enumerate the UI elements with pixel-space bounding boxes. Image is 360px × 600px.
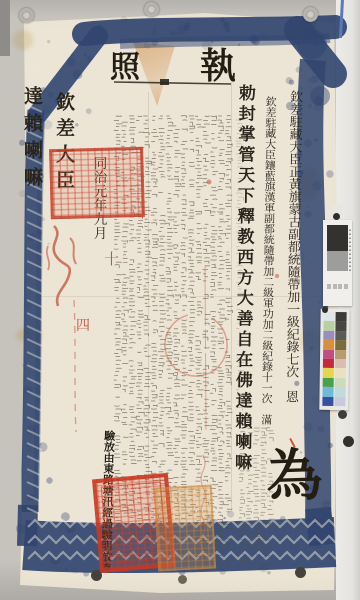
color-patch-left-0 — [324, 312, 335, 322]
metal-grommet — [144, 2, 159, 17]
color-patch-right-3 — [335, 340, 346, 350]
red-numeral-ten: 十 — [104, 248, 119, 269]
color-card-right-column — [334, 312, 346, 406]
card-magnet-dot — [333, 213, 340, 220]
color-patch-left-7 — [323, 378, 334, 388]
fastener-pin — [91, 570, 102, 581]
paper-stain — [298, 166, 320, 202]
color-patch-right-2 — [335, 331, 346, 341]
mount-corner-shadow — [0, 0, 10, 56]
paper-stain — [16, 328, 42, 342]
left-column-dalai-lama: 達賴喇嘛 — [22, 86, 41, 194]
paper-stain — [301, 328, 319, 354]
color-patch-right-4 — [335, 350, 346, 360]
color-patch-left-5 — [323, 359, 334, 369]
fastener-pin — [343, 436, 354, 447]
color-patch-right-8 — [334, 387, 345, 397]
color-patch-right-5 — [334, 359, 345, 369]
grayscale-patch-1 — [327, 251, 348, 271]
grayscale-calibration-card — [323, 220, 352, 306]
color-patch-right-7 — [334, 378, 345, 388]
color-calibration-card — [319, 309, 349, 410]
color-patch-right-6 — [334, 368, 345, 378]
grayscale-patch-2 — [327, 271, 348, 285]
color-patch-left-9 — [322, 396, 333, 406]
fastener-pin — [338, 410, 347, 419]
fastener-pin — [295, 567, 306, 578]
faint-margin-char: 定 — [26, 440, 36, 455]
color-patch-left-3 — [323, 340, 334, 350]
color-patch-left-8 — [322, 387, 333, 397]
title-char-right: 執 — [200, 38, 236, 89]
faded-orange-seal — [154, 485, 216, 572]
color-patch-left-4 — [323, 349, 334, 359]
color-patch-left-1 — [323, 321, 334, 331]
title-char-left: 照 — [110, 42, 140, 86]
color-patch-left-6 — [323, 368, 334, 378]
color-card-left-column — [322, 312, 334, 406]
color-patch-right-1 — [335, 321, 346, 331]
scanned-permit-photo: 執 照 欽差駐藏大臣正黃旗蒙古副都統隨帶加一級紀錄七次 恩 欽差駐藏大臣鑲藍旗漢… — [0, 0, 360, 600]
card-magnet-dot — [322, 307, 328, 313]
fastener-pin — [178, 575, 187, 584]
card-side-markings — [349, 227, 351, 271]
vermilion-official-seal-top — [49, 147, 145, 219]
grayscale-patch-0 — [327, 225, 348, 251]
color-patch-right-0 — [335, 312, 346, 322]
metal-grommet — [303, 7, 318, 22]
metal-grommet — [19, 8, 34, 23]
paper-stain — [13, 30, 33, 50]
color-patch-left-2 — [323, 331, 334, 341]
card-tick-marks — [327, 284, 348, 289]
red-numeral-four: 四 — [76, 315, 90, 335]
issuer-column-dalai-lama: 勅封掌管天下釋教西方大善自在佛達賴喇嘛 — [232, 84, 253, 474]
color-patch-right-9 — [334, 397, 345, 407]
